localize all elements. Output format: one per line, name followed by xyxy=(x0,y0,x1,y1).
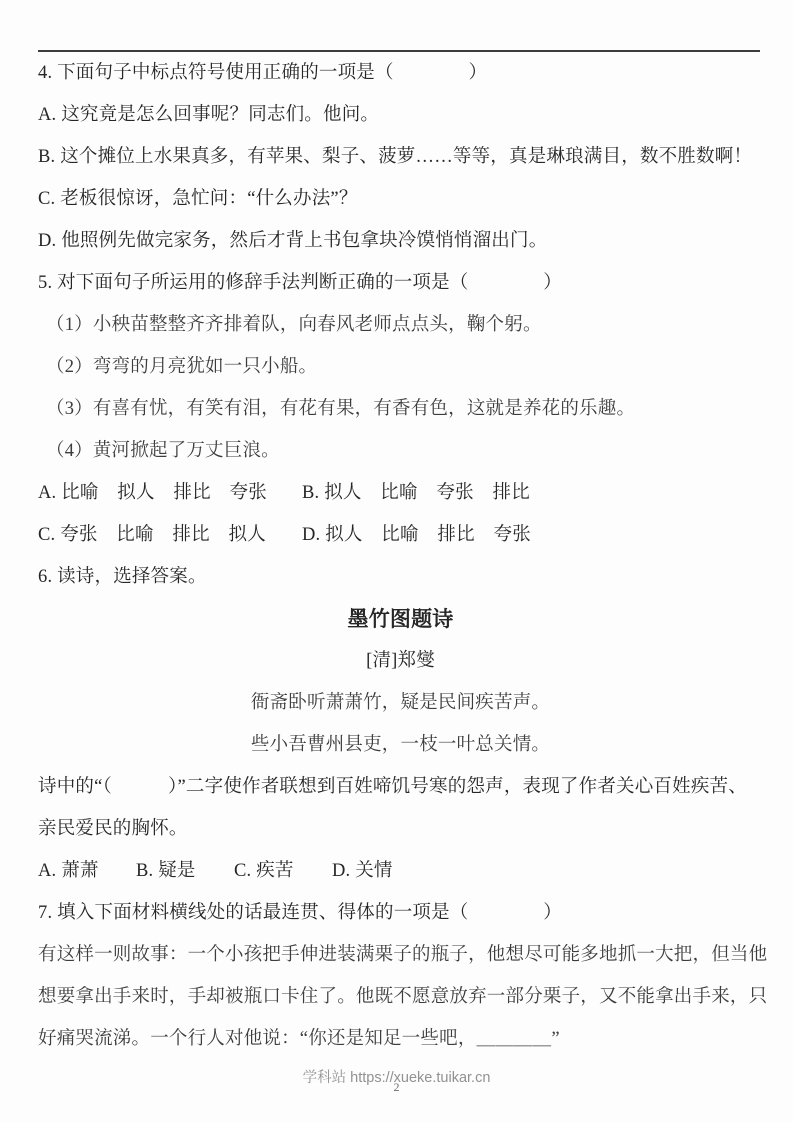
question-5-option-c: C. 夸张 比喻 排比 拟人 xyxy=(38,514,302,556)
question-5-sentence-1: （1）小秧苗整整齐齐排着队，向春风老师点点头，鞠个躬。 xyxy=(38,304,763,346)
question-5-sentence-3: （3）有喜有忧，有笑有泪，有花有果，有香有色，这就是养花的乐趣。 xyxy=(38,388,763,430)
question-7-story-line-1: 有这样一则故事：一个小孩把手伸进装满栗子的瓶子，他想尽可能多地抓一大把，但当他 xyxy=(38,934,763,976)
question-7-block: 7. 填入下面材料横线处的话最连贯、得体的一项是（ ） 有这样一则故事：一个小孩… xyxy=(38,892,763,1060)
question-6-analysis-line-1: 诗中的“（ ）”二字使作者联想到百姓啼饥号寒的怨声，表现了作者关心百姓疾苦、 xyxy=(38,766,763,808)
question-5-stem: 5. 对下面句子所运用的修辞手法判断正确的一项是（ ） xyxy=(38,262,763,304)
question-7-story-line-2: 想要拿出手来时，手却被瓶口卡住了。他既不愿意放弃一部分栗子，又不能拿出手来，只 xyxy=(38,976,763,1018)
question-4-option-d: D. 他照例先做完家务，然后才背上书包拿块冷馍悄悄溜出门。 xyxy=(38,220,763,262)
question-5-sentence-2: （2）弯弯的月亮犹如一只小船。 xyxy=(38,346,763,388)
question-6-option-b: B. 疑是 xyxy=(136,850,234,892)
question-6-block: 6. 读诗，选择答案。 墨竹图题诗 [清]郑燮 衙斋卧听萧萧竹，疑是民间疾苦声。… xyxy=(38,556,763,892)
question-4-option-c: C. 老板很惊讶，急忙问：“什么办法”？ xyxy=(38,178,763,220)
question-6-option-c: C. 疾苦 xyxy=(234,850,332,892)
site-label: 学科站 xyxy=(303,1070,347,1086)
poem-line-2: 些小吾曹州县吏，一枝一叶总关情。 xyxy=(38,724,763,766)
question-5-option-a: A. 比喻 拟人 排比 夸张 xyxy=(38,472,302,514)
question-4-option-a: A. 这究竟是怎么回事呢？同志们。他问。 xyxy=(38,94,763,136)
question-6-stem: 6. 读诗，选择答案。 xyxy=(38,556,763,598)
question-7-story-line-3: 好痛哭流涕。一个行人对他说：“你还是知足一些吧，＿＿＿＿” xyxy=(38,1018,763,1060)
question-6-option-d: D. 关情 xyxy=(332,850,393,892)
question-5-options-row-1: A. 比喻 拟人 排比 夸张 B. 拟人 比喻 夸张 排比 xyxy=(38,472,763,514)
question-6-options-row: A. 萧萧 B. 疑是 C. 疾苦 D. 关情 xyxy=(38,850,763,892)
question-4-option-b: B. 这个摊位上水果真多，有苹果、梨子、菠萝……等等，真是琳琅满目，数不胜数啊！ xyxy=(38,136,763,178)
document-page: 4. 下面句子中标点符号使用正确的一项是（ ） A. 这究竟是怎么回事呢？同志们… xyxy=(0,0,793,1122)
poem-line-1: 衙斋卧听萧萧竹，疑是民间疾苦声。 xyxy=(38,682,763,724)
question-4-stem: 4. 下面句子中标点符号使用正确的一项是（ ） xyxy=(38,52,763,94)
question-5-option-d: D. 拟人 比喻 排比 夸张 xyxy=(302,514,531,556)
site-credit: 学科站 https://xueke.tuikar.cn xyxy=(0,1066,793,1087)
question-5-options-row-2: C. 夸张 比喻 排比 拟人 D. 拟人 比喻 排比 夸张 xyxy=(38,514,763,556)
question-7-stem: 7. 填入下面材料横线处的话最连贯、得体的一项是（ ） xyxy=(38,892,763,934)
poem-author: [清]郑燮 xyxy=(38,640,763,682)
question-5-block: 5. 对下面句子所运用的修辞手法判断正确的一项是（ ） （1）小秧苗整整齐齐排着… xyxy=(38,262,763,556)
question-4-block: 4. 下面句子中标点符号使用正确的一项是（ ） A. 这究竟是怎么回事呢？同志们… xyxy=(38,52,763,262)
question-5-sentence-4: （4）黄河掀起了万丈巨浪。 xyxy=(38,430,763,472)
site-url[interactable]: https://xueke.tuikar.cn xyxy=(350,1070,490,1086)
page-content: 4. 下面句子中标点符号使用正确的一项是（ ） A. 这究竟是怎么回事呢？同志们… xyxy=(38,52,763,1060)
question-6-analysis-line-2: 亲民爱民的胸怀。 xyxy=(38,808,763,850)
poem-title: 墨竹图题诗 xyxy=(38,598,763,640)
question-5-option-b: B. 拟人 比喻 夸张 排比 xyxy=(302,472,530,514)
question-6-option-a: A. 萧萧 xyxy=(38,850,136,892)
